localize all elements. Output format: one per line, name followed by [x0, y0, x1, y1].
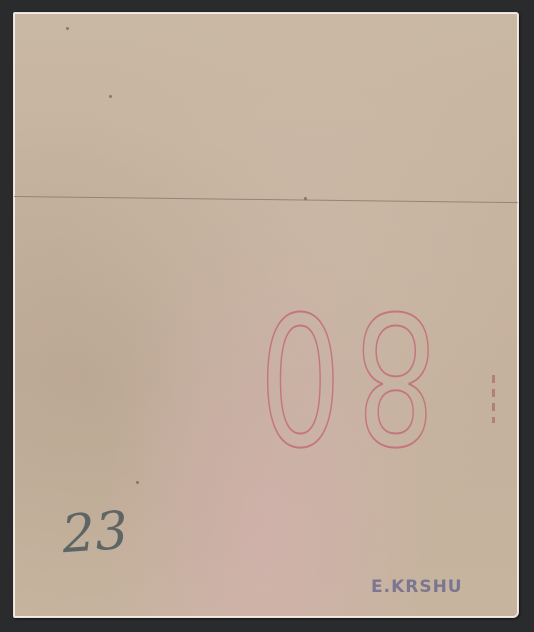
paper-speck	[109, 95, 112, 98]
expert-signature-mark: E.KRSHU	[371, 577, 463, 597]
paper-speck	[304, 197, 307, 200]
stamp-back: 80 23 E.KRSHU	[13, 12, 519, 618]
paper-speck	[66, 27, 69, 30]
control-numeral: 80	[246, 285, 437, 465]
fold-crease	[14, 196, 518, 203]
pencil-annotation: 23	[60, 501, 130, 565]
red-dots	[492, 375, 495, 423]
paper-speck	[136, 481, 139, 484]
